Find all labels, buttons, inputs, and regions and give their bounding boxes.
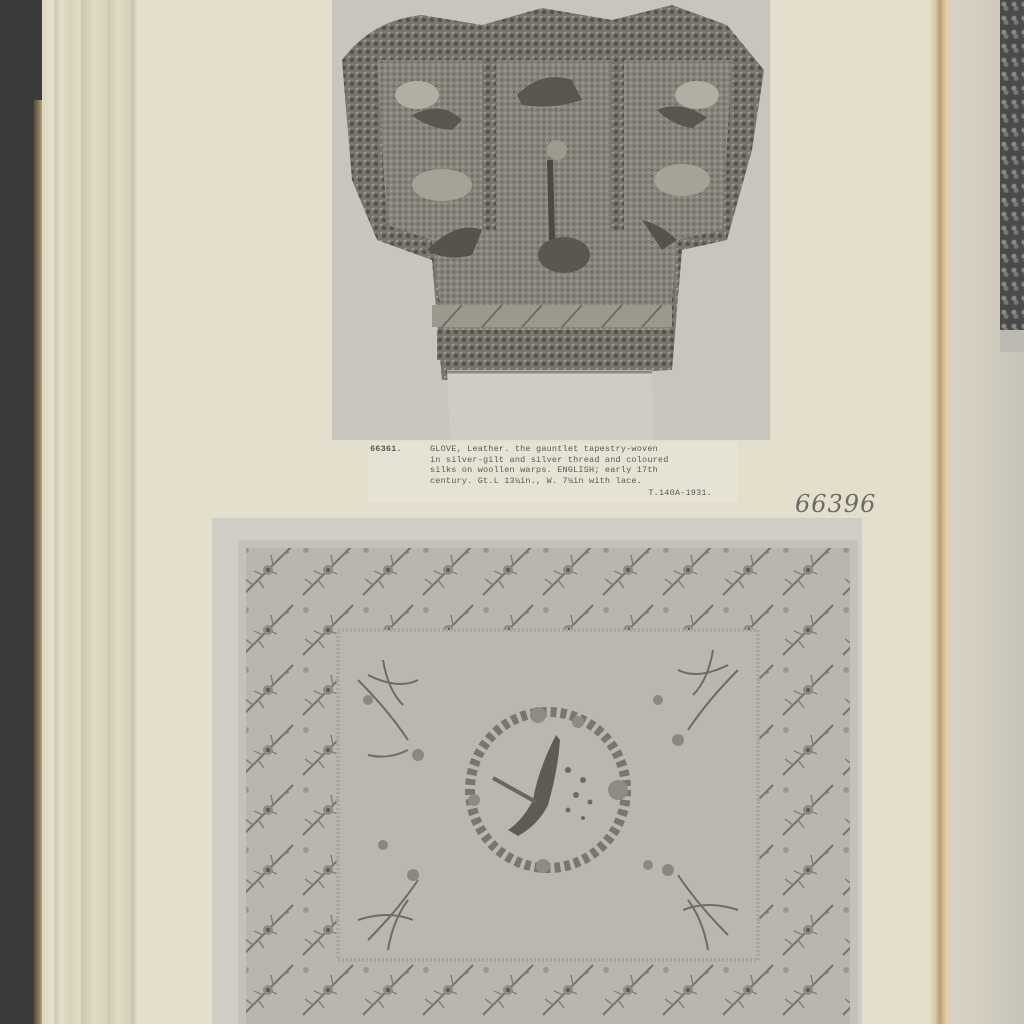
- caption-museum-reference: T.140A-1931.: [648, 488, 712, 499]
- caption-description: GLOVE, Leather. the gauntlet tapestry-wo…: [430, 444, 735, 486]
- page-stack-edges: [42, 0, 137, 1024]
- facing-page-photo-mount: [1000, 330, 1024, 352]
- glove-photograph: [332, 0, 770, 440]
- caption-catalog-number: 66361.: [370, 444, 402, 455]
- facing-page-photo: [1000, 0, 1024, 330]
- embroidery-photograph: [238, 540, 858, 1024]
- handwritten-number: 66396: [795, 490, 876, 518]
- glove-image: [332, 0, 770, 440]
- object-caption: 66361. GLOVE, Leather. the gauntlet tape…: [368, 442, 738, 502]
- book-gutter: [930, 0, 952, 1024]
- embroidery-image: [238, 540, 858, 1024]
